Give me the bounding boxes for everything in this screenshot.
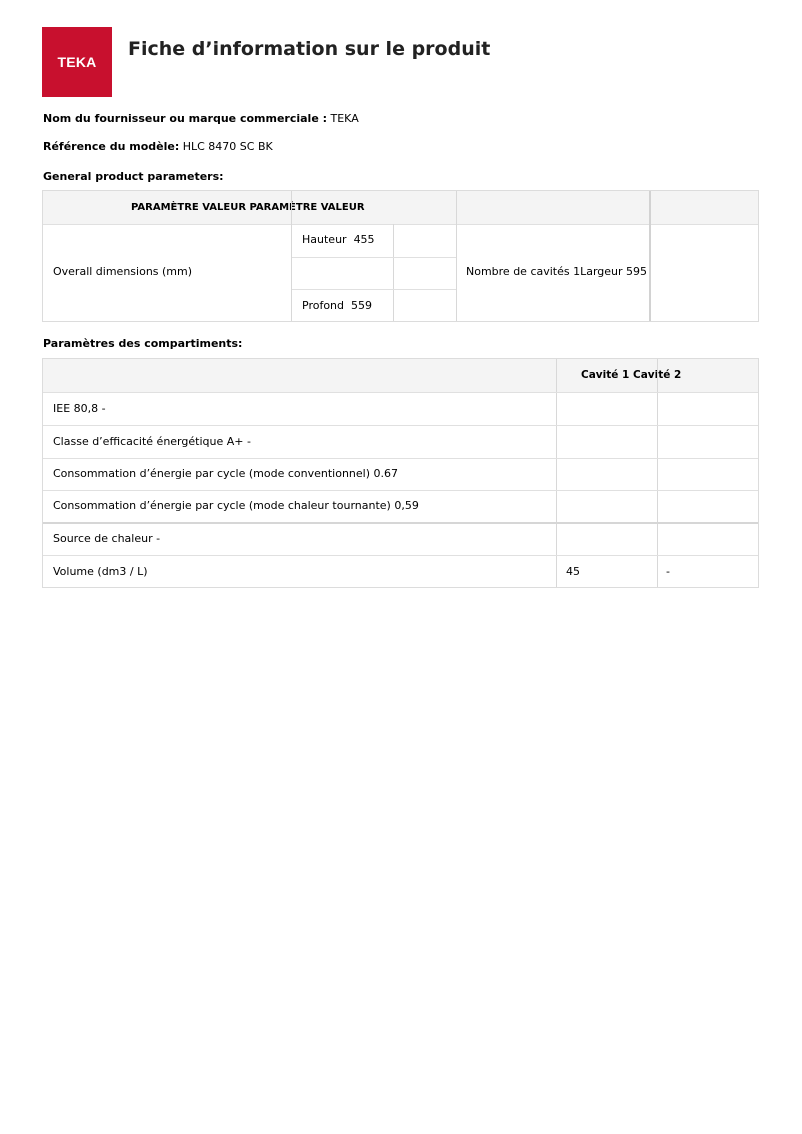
general-heading: General product parameters:: [43, 170, 224, 183]
compartments-heading: Paramètres des compartiments:: [43, 337, 242, 350]
row-heat-source: Source de chaleur -: [53, 532, 160, 545]
general-parameters-table: PARAMÈTRE VALEUR PARAMÈTRE VALEUR Overal…: [42, 190, 759, 322]
row-energy-class: Classe d’efficacité énergétique A+ -: [53, 435, 251, 448]
general-header-text: PARAMÈTRE VALEUR PARAMÈTRE VALEUR: [131, 202, 365, 213]
cavities-count: Nombre de cavités 1Largeur 595: [466, 265, 647, 278]
page-title: Fiche d’information sur le produit: [128, 38, 490, 60]
model-value: HLC 8470 SC BK: [183, 140, 273, 153]
logo-text: TEKA: [58, 54, 97, 70]
supplier-label: Nom du fournisseur ou marque commerciale…: [43, 112, 327, 125]
overall-dimensions-label: Overall dimensions (mm): [53, 265, 192, 278]
row-iee: IEE 80,8 -: [53, 402, 106, 415]
volume-cavity-1: 45: [566, 565, 580, 578]
row-consumption-fan: Consommation d’énergie par cycle (mode c…: [53, 499, 419, 512]
compartments-table: Cavité 1 Cavité 2 IEE 80,8 - Classe d’ef…: [42, 358, 759, 588]
row-volume: Volume (dm3 / L): [53, 565, 148, 578]
row-consumption-conventional: Consommation d’énergie par cycle (mode c…: [53, 467, 398, 480]
supplier-line: Nom du fournisseur ou marque commerciale…: [43, 112, 359, 125]
dimension-depth: Profond 559: [302, 299, 372, 312]
supplier-value: TEKA: [331, 112, 359, 125]
model-label: Référence du modèle:: [43, 140, 179, 153]
volume-cavity-2: -: [666, 565, 670, 578]
cavity-header-text: Cavité 1 Cavité 2: [581, 369, 681, 381]
model-line: Référence du modèle: HLC 8470 SC BK: [43, 140, 273, 153]
teka-logo: TEKA: [42, 27, 112, 97]
dimension-height: Hauteur 455: [302, 233, 375, 246]
